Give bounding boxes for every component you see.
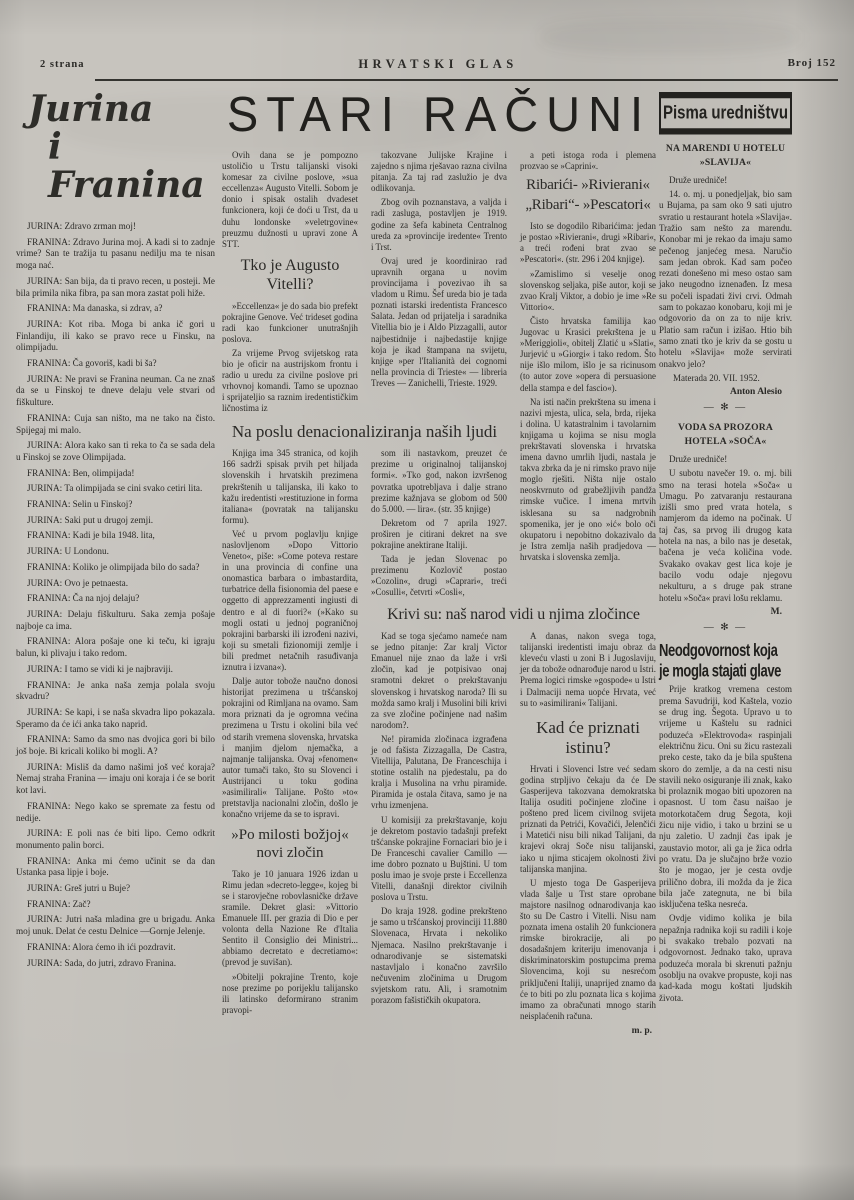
feature-title-line2: i Franina (16, 128, 215, 204)
paragraph: JURINA: Greš jutri u Buje? (16, 883, 215, 895)
subhead-ribarici-pescatori: Ribarići- »Rivierani«„Ribari“- »Pescator… (521, 176, 655, 215)
paragraph: JURINA: Jutri naša mladina gre u brigadu… (16, 914, 215, 937)
column-b-top: takozvane Julijske Krajine i zajedno s n… (371, 150, 507, 418)
column-b-middle-paragraphs: som ili nastavkom, preuzet će prezime u … (371, 448, 507, 598)
paragraph: FRANINA: Cuja san ništo, ma ne tako na č… (16, 413, 215, 436)
author-initials: m. p. (520, 1026, 652, 1036)
paragraph: Dekretom od 7 aprila 1927. proširen je c… (371, 518, 507, 551)
ribarici-paragraphs: Isto se dogodilo Ribarićima: jedan je po… (520, 221, 656, 563)
paragraph: Prije kratkog vremena cestom prema Savud… (659, 684, 792, 910)
paragraph: JURINA: U Londonu. (16, 546, 215, 558)
paragraph: FRANINA: Kadi je bila 1948. lita, (16, 530, 215, 542)
dekret-paragraphs: Tako je 10 januara 1926 izdan u Rimu jed… (222, 869, 358, 1016)
paragraph: Ovih dana se je pompozno ustoličio u Trs… (222, 150, 358, 250)
paragraph: FRANINA: Je anka naša zemja polala svoju… (16, 680, 215, 703)
paragraph: 14. o. mj. u ponedjeljak, bio sam u Buja… (659, 189, 792, 370)
paragraph: Tako je 10 januara 1926 izdan u Rimu jed… (222, 869, 358, 969)
column-b-top-paragraphs: takozvane Julijske Krajine i zajedno s n… (371, 150, 507, 389)
paragraph: FRANINA: Ča na njoj delaju? (16, 593, 215, 605)
subhead-krivi-su: Krivi su: naš narod vidi u njima zločinc… (371, 606, 656, 624)
subhead-ribarici-line2: „Ribari“- »Pescatori« (525, 197, 650, 213)
letter1-title-line1: NA MARENDI U HOTELU (666, 143, 785, 154)
paragraph: Za vrijeme Prvog svijetskog rata bio je … (222, 348, 358, 415)
paragraph: FRANINA: Alora ćemo ih ići pozdravit. (16, 942, 215, 954)
paragraph: U komisiji za prekrštavanje, koju je dek… (371, 815, 507, 904)
paragraph: Hrvati i Slovenci Istre već sedam godina… (520, 764, 656, 875)
letter2-salutation: Druže uredniče! (659, 454, 792, 465)
paragraph: a peti istoga roda i plemena prozvao se … (520, 150, 656, 172)
subhead-tko-je-augusto-vitelli: Tko je Augusto Vitelli? (223, 257, 357, 295)
paragraph: Ne! piramida zločinaca izgrađena je od f… (371, 734, 507, 812)
paragraph: JURINA: E poli nas će biti lipo. Cemo od… (16, 828, 215, 851)
paragraph: JURINA: I tamo se vidi ki je najbraviji. (16, 664, 215, 676)
paragraph: FRANINA: Ča govoriš, kadi bi ša? (16, 358, 215, 370)
intro-paragraphs: Ovih dana se je pompozno ustoličio u Trs… (222, 150, 358, 250)
column-b-bottom-paragraphs: Kad se toga sjećamo nameće nam se jedno … (371, 631, 507, 1006)
paragraph: Ovdje vidimo kolika je bila nepažnja rad… (659, 913, 792, 1003)
paragraph: FRANINA: Zač? (16, 899, 215, 911)
letter1-signature: Anton Alesio (659, 387, 782, 397)
vitelli-paragraphs: »Eccellenza« je do sada bio prefekt pokr… (222, 301, 358, 415)
subhead-po-milosti-bozjoj: »Po milosti božjoj«novi zločin (223, 827, 357, 862)
paragraph: FRANINA: Ma danaska, si zdrav, a? (16, 303, 215, 315)
paragraph: JURINA: Kot riba. Moga bi anka ič gori u… (16, 319, 215, 354)
letters-section-title: Pisma uredništvu (659, 92, 792, 135)
column-b-bottom: Kad se toga sjećamo nameće nam se jedno … (371, 631, 507, 1036)
kad-paragraphs: Hrvati i Slovenci Istre već sedam godina… (520, 764, 656, 1022)
a-danas-paragraph: A danas, nakon svega toga, talijanski ir… (520, 631, 656, 709)
letters-article-body: Prije kratkog vremena cestom prema Savud… (659, 684, 792, 1003)
page-number: 2 strana (40, 59, 84, 70)
main-article: STARI RAČUNI Ovih dana se je pompozno us… (222, 88, 656, 1036)
knjiga-paragraphs: Knjiga ima 345 stranica, od kojih 166 sa… (222, 448, 358, 820)
paragraph: FRANINA: Ben, olimpijada! (16, 468, 215, 480)
paragraph: Do kraja 1928. godine prekršteno je samo… (371, 906, 507, 1006)
article-column-grid: Ovih dana se je pompozno ustoličio u Trs… (222, 150, 656, 1036)
paragraph: JURINA: Ovo je petnaesta. (16, 578, 215, 590)
subhead-pomilosti-line1: »Po milosti božjoj« (231, 827, 349, 843)
paragraph: Čisto hrvatska familija kao Jugovac u Kr… (520, 316, 656, 394)
subhead-kad-ce-priznati-istinu: Kad će priznati istinu? (521, 718, 655, 758)
letter1-title: NA MARENDI U HOTELU»SLAVIJA« (659, 142, 792, 170)
column-a-top: Ovih dana se je pompozno ustoličio u Trs… (222, 150, 358, 418)
paragraph: »Zamislimo si veselje onog slovenskog se… (520, 269, 656, 313)
paragraph: A danas, nakon svega toga, talijanski ir… (520, 631, 656, 709)
paragraph: JURINA: Saki put u drugoj zemji. (16, 515, 215, 527)
paragraph: FRANINA: Nego kako se spremate za festu … (16, 801, 215, 824)
letters-article-title-line1: Neodgovornost koja (659, 640, 777, 660)
paragraph: Tada je jedan Slovenac po prezimenu Kozl… (371, 554, 507, 598)
print-bleed-smudge (540, 20, 800, 54)
masthead: HRVATSKI GLAS (358, 57, 517, 72)
paragraph: JURINA: Se kapi, i se naša skvadra lipo … (16, 707, 215, 730)
feature-title-line1: Jurina (16, 90, 215, 128)
column-b-middle: som ili nastavkom, preuzet će prezime u … (371, 448, 507, 601)
paragraph: U subotu navečer 19. o. mj. bili smo na … (659, 468, 792, 604)
letter2-title-line2: HOTELA »SOČA« (685, 436, 767, 447)
paragraph: FRANINA: Samo da smo nas dvojica gori bi… (16, 734, 215, 757)
paragraph: Knjiga ima 345 stranica, od kojih 166 sa… (222, 448, 358, 526)
ornament-divider: — ✻ — (659, 402, 792, 413)
paragraph: FRANINA: Selin u Finskoj? (16, 499, 215, 511)
paragraph: JURINA: Ta olimpijada se cini svako ceti… (16, 483, 215, 495)
paragraph: Na isti način prekrštena su imena i nazi… (520, 397, 656, 563)
letter1-place-date: Materada 20. VII. 1952. (659, 373, 792, 384)
letters-column: Pisma uredništvu NA MARENDI U HOTELU»SLA… (659, 92, 792, 1007)
letter1-title-line2: »SLAVIJA« (700, 157, 751, 168)
letter1-body: 14. o. mj. u ponedjeljak, bio sam u Buja… (659, 189, 792, 370)
paragraph: FRANINA: Zdravo Jurina moj. A kadi si to… (16, 237, 215, 272)
paragraph: Kad se toga sjećamo nameće nam se jedno … (371, 631, 507, 731)
paragraph: JURINA: Misliš da damo našimi još već ko… (16, 762, 215, 797)
column-a-bottom: Knjiga ima 345 stranica, od kojih 166 sa… (222, 448, 358, 1036)
feature-title: Jurina i Franina (16, 90, 215, 204)
paragraph: JURINA: Delaju fiškulturu. Saka zemja po… (16, 609, 215, 632)
issue-number: Broj 152 (788, 57, 836, 69)
paragraph: som ili nastavkom, preuzet će prezime u … (371, 448, 507, 515)
letter1-salutation: Druže uredniče! (659, 175, 792, 186)
paragraph: Dalje autor tobože naučno donosi histori… (222, 676, 358, 820)
paragraph: Već u prvom poglavlju knjige naslovljeno… (222, 529, 358, 673)
header-rule (95, 79, 838, 81)
paragraph: JURINA: San bija, da ti pravo recen, u p… (16, 276, 215, 299)
page-header: 2 strana HRVATSKI GLAS Broj 152 (40, 57, 836, 75)
paragraph: takozvane Julijske Krajine i zajedno s n… (371, 150, 507, 194)
paragraph: JURINA: Zdravo zrman moj! (16, 221, 215, 233)
paragraph: »Eccellenza« je do sada bio prefekt pokr… (222, 301, 358, 345)
dialogue-paragraphs: JURINA: Zdravo zrman moj!FRANINA: Zdravo… (16, 221, 215, 969)
paragraph: FRANINA: Anka mi ćemo učinit se da dan U… (16, 856, 215, 879)
ornament-divider: — ✻ — (659, 622, 792, 633)
paragraph: Ovaj ured je koordinirao rad upravnih or… (371, 256, 507, 389)
newspaper-page: 2 strana HRVATSKI GLAS Broj 152 Jurina i… (0, 0, 854, 1200)
paragraph: JURINA: Ne pravi se Franina neuman. Ca n… (16, 374, 215, 409)
paragraph: JURINA: Alora kako san ti reka to ča se … (16, 440, 215, 463)
letter2-body: U subotu navečer 19. o. mj. bili smo na … (659, 468, 792, 604)
column-c-top: a peti istoga roda i plemena prozvao se … (520, 150, 656, 601)
subhead-na-poslu-denacionaliziranja: Na poslu denacionaliziranja naših ljudi (222, 423, 507, 442)
subhead-ribarici-line1: Ribarići- »Rivierani« (526, 177, 650, 193)
paragraph: U mjesto toga De Gasperijeva vlada šalje… (520, 878, 656, 1022)
paragraph: Isto se dogodilo Ribarićima: jedan je po… (520, 221, 656, 265)
paragraph: FRANINA: Koliko je olimpijada bilo do sa… (16, 562, 215, 574)
paragraph: FRANINA: Alora pošaje one ki teču, ki ig… (16, 636, 215, 659)
paragraph: Zbog ovih poznanstava, a valjda i radi z… (371, 197, 507, 252)
feature-column-jurina-franina: Jurina i Franina JURINA: Zdravo zrman mo… (16, 90, 215, 973)
column-c-lead-paragraph: a peti istoga roda i plemena prozvao se … (520, 150, 656, 172)
letters-article-title: Neodgovornost kojaje mogla stajati glave (659, 640, 792, 681)
paragraph: »Obitelji pokrajine Trento, koje nose pr… (222, 972, 358, 1016)
paragraph: JURINA: Sada, do jutri, zdravo Franina. (16, 958, 215, 970)
subhead-pomilosti-line2: novi zločin (256, 845, 323, 861)
letter2-title-line1: VODA SA PROZORA (678, 422, 773, 433)
letters-article-title-line2: je mogla stajati glave (659, 661, 781, 681)
letter2-title: VODA SA PROZORAHOTELA »SOČA« (659, 421, 792, 449)
letter2-signature: M. (659, 607, 782, 617)
column-c-bottom: A danas, nakon svega toga, talijanski ir… (520, 631, 656, 1036)
main-headline: STARI RAČUNI (222, 88, 656, 141)
